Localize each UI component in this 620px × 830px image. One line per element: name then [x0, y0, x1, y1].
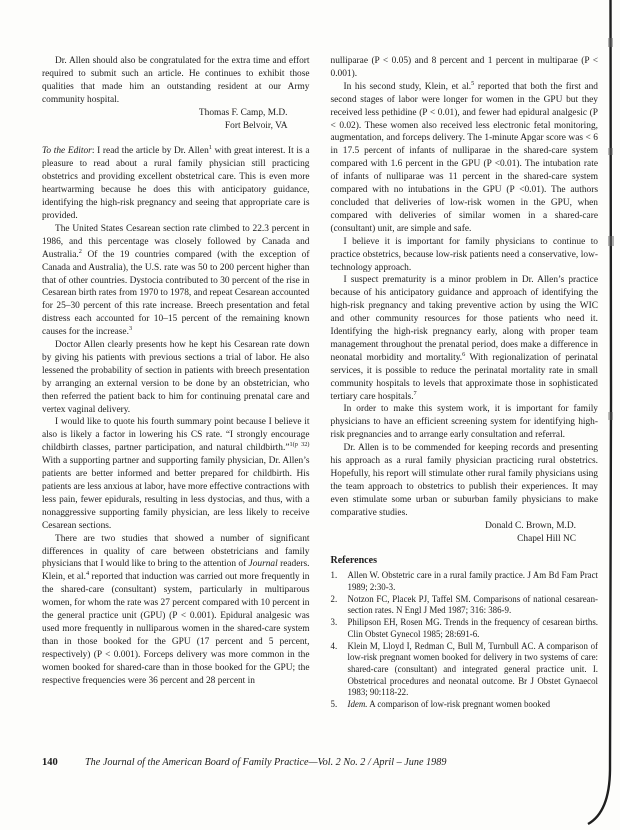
text-run: I suspect prematurity is a minor problem…	[331, 275, 599, 362]
paragraph: I suspect prematurity is a minor problem…	[331, 274, 599, 403]
text-run: with great interest. It is a pleasure to…	[42, 146, 310, 221]
reference-text: Idem. A comparison of low-risk pregnant …	[348, 699, 599, 711]
reference-number: 1.	[331, 570, 348, 593]
reference-number: 5.	[331, 699, 348, 711]
text-run: To the Editor	[42, 146, 92, 156]
text-run: Doctor Allen clearly presents how he kep…	[42, 340, 310, 415]
page-content: Dr. Allen should also be congratulated f…	[42, 55, 598, 711]
signature-line: Chapel Hill NC	[331, 533, 577, 546]
text-run: I believe it is important for family phy…	[331, 237, 599, 273]
text-column-right: nulliparae (P < 0.05) and 8 percent and …	[331, 55, 599, 711]
reference-item: 5.Idem. A comparison of low-risk pregnan…	[331, 699, 599, 711]
journal-page: Dr. Allen should also be congratulated f…	[0, 0, 620, 830]
page-footer: 140 The Journal of the American Board of…	[42, 757, 582, 768]
paragraph: I believe it is important for family phy…	[331, 236, 599, 275]
paragraph: The United States Cesarean section rate …	[42, 223, 310, 339]
text-run: In his second study, Klein, et al.	[344, 82, 472, 92]
text-run: Dr. Allen should also be congratulated f…	[42, 56, 310, 105]
reference-item: 4.Klein M, Lloyd I, Redman C, Bull M, Tu…	[331, 641, 599, 700]
text-run: reported that both the first and second …	[331, 82, 599, 234]
reference-text: Allen W. Obstetric care in a rural famil…	[348, 570, 599, 593]
journal-title-footer: The Journal of the American Board of Fam…	[85, 757, 446, 768]
reference-text: Philipson EH, Rosen MG. Trends in the fr…	[348, 617, 599, 640]
signature-line: Donald C. Brown, M.D.	[331, 520, 577, 533]
reference-list: 1.Allen W. Obstetric care in a rural fam…	[331, 570, 599, 710]
text-run: Of the 19 countries compared (with the e…	[42, 250, 310, 337]
paragraph: Dr. Allen is to be commended for keeping…	[331, 442, 599, 519]
reference-number: 2.	[331, 594, 348, 617]
signature-block: Donald C. Brown, M.D.Chapel Hill NC	[331, 520, 599, 546]
text-run: Notzon FC, Placek PJ, Taffel SM. Compari…	[348, 594, 599, 616]
signature-block: Thomas F. Camp, M.D.Fort Belvoir, VA	[42, 107, 310, 133]
page-number: 140	[42, 757, 85, 768]
text-run: A comparison of low-risk pregnant women …	[367, 699, 550, 709]
superscript-ref: 3	[129, 325, 132, 332]
superscript-ref: 1(p 32)	[289, 441, 309, 448]
text-run: : I read the article by Dr. Allen	[92, 146, 209, 156]
text-run: In order to make this system work, it is…	[331, 404, 599, 440]
paragraph: In his second study, Klein, et al.5 repo…	[331, 81, 599, 236]
text-run: Dr. Allen is to be commended for keeping…	[331, 443, 599, 518]
text-run: I would like to quote his fourth summary…	[42, 417, 310, 453]
text-run: Journal	[249, 559, 278, 569]
text-run: Idem.	[348, 699, 368, 709]
references-heading: References	[331, 555, 599, 568]
text-run: Allen W. Obstetric care in a rural famil…	[348, 570, 599, 592]
paragraph: nulliparae (P < 0.05) and 8 percent and …	[331, 55, 599, 81]
text-run: nulliparae (P < 0.05) and 8 percent and …	[331, 56, 599, 79]
text-column-left: Dr. Allen should also be congratulated f…	[42, 55, 310, 711]
text-run: Klein M, Lloyd I, Redman C, Bull M, Turn…	[348, 641, 599, 698]
text-run: Philipson EH, Rosen MG. Trends in the fr…	[348, 617, 599, 639]
text-run: With a supporting partner and supporting…	[42, 456, 310, 531]
paragraph: Doctor Allen clearly presents how he kep…	[42, 339, 310, 416]
text-run: reported that induction was carried out …	[42, 572, 310, 685]
reference-number: 4.	[331, 641, 348, 700]
paragraph: To the Editor: I read the article by Dr.…	[42, 145, 310, 222]
reference-text: Klein M, Lloyd I, Redman C, Bull M, Turn…	[348, 641, 599, 700]
reference-item: 1.Allen W. Obstetric care in a rural fam…	[331, 570, 599, 593]
signature-line: Thomas F. Camp, M.D.	[42, 107, 288, 120]
paragraph: There are two studies that showed a numb…	[42, 533, 310, 688]
reference-number: 3.	[331, 617, 348, 640]
reference-item: 3.Philipson EH, Rosen MG. Trends in the …	[331, 617, 599, 640]
reference-item: 2.Notzon FC, Placek PJ, Taffel SM. Compa…	[331, 594, 599, 617]
paragraph: Dr. Allen should also be congratulated f…	[42, 55, 310, 107]
superscript-ref: 7	[414, 389, 417, 396]
signature-line: Fort Belvoir, VA	[42, 120, 288, 133]
paragraph: In order to make this system work, it is…	[331, 403, 599, 442]
reference-text: Notzon FC, Placek PJ, Taffel SM. Compari…	[348, 594, 599, 617]
paragraph: I would like to quote his fourth summary…	[42, 416, 310, 532]
